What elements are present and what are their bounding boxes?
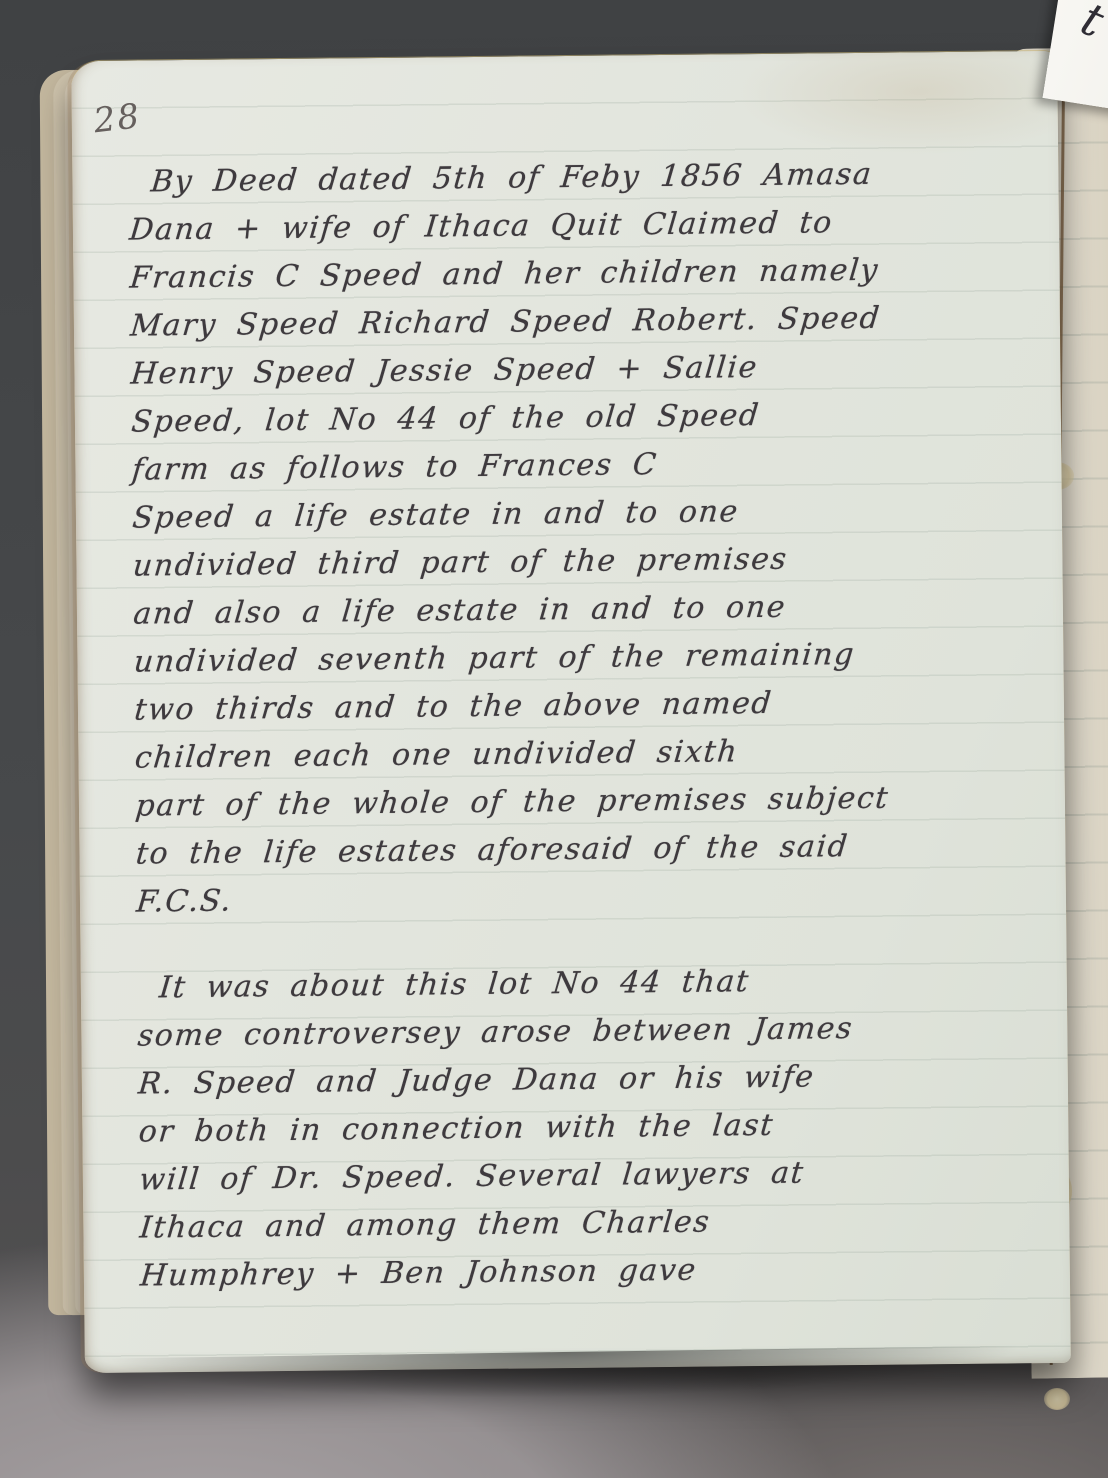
handwriting-line: F.C.S. [134, 869, 1030, 926]
paper-slip: t [1043, 0, 1108, 117]
handwritten-text: By Deed dated 5th of Feby 1856 AmasaDana… [126, 149, 1030, 1338]
page-shadow [60, 1345, 1071, 1419]
paragraph-deed: By Deed dated 5th of Feby 1856 AmasaDana… [126, 149, 1026, 926]
handwriting-line: Humphrey + Ben Johnson gave [138, 1243, 1034, 1300]
page-number: 28 [92, 96, 144, 141]
notebook-page: 28 By Deed dated 5th of Feby 1856 AmasaD… [71, 51, 1071, 1373]
notebook-photo: 28 By Deed dated 5th of Feby 1856 AmasaD… [0, 0, 1108, 1478]
slip-pen-mark: t [1074, 0, 1108, 48]
paragraph-controversy: It was about this lot No 44 thatsome con… [135, 955, 1030, 1300]
